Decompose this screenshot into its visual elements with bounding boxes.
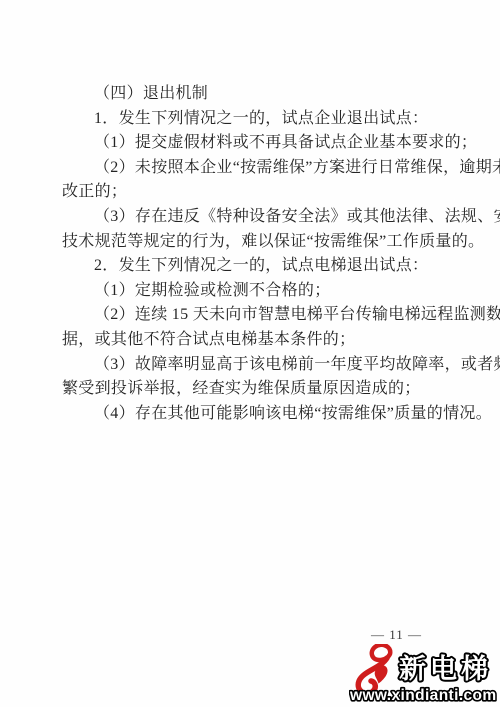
- document-page: （四）退出机制 1．发生下列情况之一的，试点企业退出试点： （1）提交虚假材料或…: [0, 0, 500, 707]
- text-line-sub-2-3: （3）故障率明显高于该电梯前一年度平均故障率，或者频: [62, 353, 439, 378]
- text-line-sub-2-1: （1）定期检验或检测不合格的；: [62, 279, 439, 304]
- text-line-sub-2-3-cont: 繁受到投诉举报，经查实为维保质量原因造成的；: [62, 377, 439, 402]
- page-number: — 11 —: [371, 627, 422, 643]
- section-heading: （四）退出机制: [62, 82, 439, 107]
- text-line-item-2: 2．发生下列情况之一的，试点电梯退出试点：: [62, 254, 439, 279]
- text-line-sub-2-2-cont: 据，或其他不符合试点电梯基本条件的；: [62, 328, 439, 353]
- logo-url-text: www.xindianti.com: [349, 687, 497, 704]
- text-line-sub-2-2: （2）连续 15 天未向市智慧电梯平台传输电梯远程监测数: [62, 303, 439, 328]
- text-line-sub-1-2: （2）未按照本企业“按需维保”方案进行日常维保，逾期未: [62, 156, 439, 181]
- text-line-sub-2-4: （4）存在其他可能影响该电梯“按需维保”质量的情况。: [62, 402, 439, 427]
- text-line-sub-1-3: （3）存在违反《特种设备安全法》或其他法律、法规、安全: [62, 205, 439, 230]
- document-body: （四）退出机制 1．发生下列情况之一的，试点企业退出试点： （1）提交虚假材料或…: [62, 82, 439, 426]
- logo-brand-text: 新电梯: [399, 654, 492, 684]
- text-line-item-1: 1．发生下列情况之一的，试点企业退出试点：: [62, 107, 439, 132]
- logo-graphic: 新电梯 www.xindianti.com: [349, 644, 499, 706]
- text-line-sub-1-2-cont: 改正的；: [62, 180, 439, 205]
- text-line-sub-1-1: （1）提交虚假材料或不再具备试点企业基本要求的；: [62, 131, 439, 156]
- xindianti-logo: 新电梯 www.xindianti.com: [349, 644, 499, 706]
- text-line-sub-1-3-cont: 技术规范等规定的行为，难以保证“按需维保”工作质量的。: [62, 230, 439, 255]
